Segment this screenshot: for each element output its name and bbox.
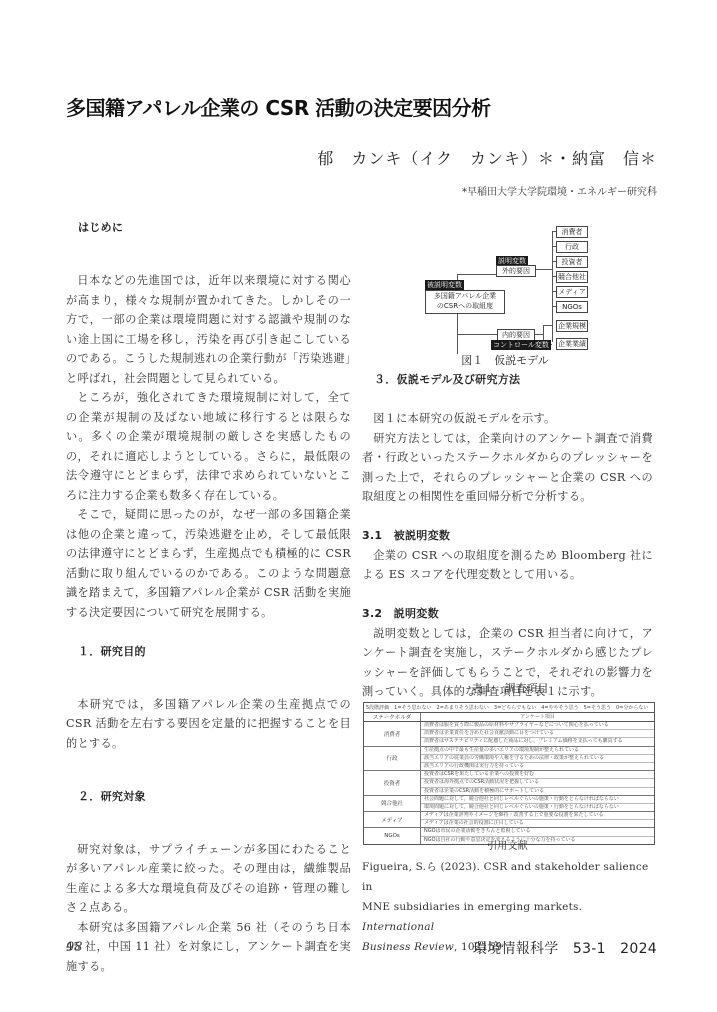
survey-item: 投資者はCSRを果たしている企業への投資を好む (421, 771, 654, 779)
external-factor-box: 外的要因 (496, 265, 536, 277)
section3-paragraph: 図１に本研究の仮説モデルを示す。 (362, 409, 653, 429)
intro-paragraph: ところが，強化されてきた環境規制に対して，全ての企業が規制の及ばない地域に移行す… (66, 388, 351, 505)
section31-heading: 3.1 被説明変数 (362, 526, 653, 546)
stakeholder-cell: 投資者 (364, 771, 421, 795)
survey-item: 該当エリアの行政機関は実行力を持っている (421, 763, 654, 770)
survey-item: 生産拠点の中で最も生産量の多いエリアの環境規制が整えられている (421, 747, 654, 755)
section2-paragraph: 研究対象は，サプライチェーンが多国にわたることが多いアパレル産業に絞った。その理… (66, 840, 351, 918)
reference-text: MNE subsidiaries in emerging markets. (362, 901, 582, 913)
stakeholder-cell: 競合他社 (364, 796, 421, 811)
intro-heading: はじめに (66, 218, 351, 238)
section32-heading: 3.2 説明変数 (362, 604, 653, 624)
references-heading: 引用文献 (362, 837, 653, 857)
table1-caption: 表１ 調査項目 (440, 680, 580, 696)
table-row: メディア メディアは企業評判やイメージを維持・改善する上で重要な役割を果たしてい… (364, 812, 654, 828)
dependent-variable-box: 多国籍アパレル企業 のCSRへの取組度 (425, 290, 505, 314)
right-column: ３．仮説モデル及び研究方法 図１に本研究の仮説モデルを示す。 研究方法としては，… (362, 370, 653, 702)
survey-item: 投資者は企業のCSR活動を積極的にサポートしている (421, 788, 654, 795)
stakeholder-cell: メディア (364, 812, 421, 827)
table-row: 行政 生産拠点の中で最も生産量の多いエリアの環境規制が整えられている 該当エリア… (364, 747, 654, 772)
stakeholder-box-competitors: 競合他社 (556, 271, 588, 283)
survey-item: 該当エリアの従業員の労働環境や人権を守るための法律・政策が整えられている (421, 755, 654, 763)
section3-paragraph: 研究方法としては，企業向けのアンケート調査で消費者・行政といったステークホルダか… (362, 429, 653, 507)
stakeholder-box-media: メディア (556, 286, 588, 298)
internal-box-company-size: 企業規模 (556, 320, 588, 332)
section31-paragraph: 企業の CSR への取組度を測るため Bloomberg 社による ES スコア… (362, 546, 653, 585)
stakeholder-box-investors: 投資者 (556, 256, 588, 268)
stakeholder-box-ngos: NGOs (556, 301, 588, 313)
col-header-items: アンケート項目 (421, 713, 654, 721)
stakeholder-box-government: 行政 (556, 241, 588, 253)
reference-journal: International (362, 921, 434, 933)
table-row: 消費者 消費者は服を買う際に製品の原材料やサプライヤーなどについて関心を払ってい… (364, 722, 654, 747)
stakeholder-cell: 行政 (364, 747, 421, 771)
dependent-text: のCSRへの取組度 (426, 301, 504, 311)
journal-info: 環境情報科学 53-1 2024 (473, 938, 657, 958)
control-variable-label: コントロール変数 (491, 340, 551, 350)
intro-paragraph: 日本などの先進国では，近年以来環境に対する関心が高まり，様々な規制が置かれてきた… (66, 271, 351, 388)
internal-box-company-performance: 企業業績 (556, 338, 588, 350)
survey-item: 投資者は海外拠点でのCSR活動状況を把握している (421, 779, 654, 787)
section2-paragraph: 本研究は多国籍アパレル企業 56 社（そのうち日本 45 社，中国 11 社）を… (66, 918, 351, 977)
survey-item: メディアは企業評判やイメージを維持・改善する上で重要な役割を果たしている (421, 812, 654, 820)
hypothesis-model-diagram: 被説明変数 多国籍アパレル企業 のCSRへの取組度 説明変数 外的要因 内的要因… (415, 225, 595, 350)
section1-heading: １．研究目的 (66, 642, 351, 662)
survey-items-table: 5段階評価 1=そう思わない 2=あまりそう思わない 3=どちらでもない 4=や… (363, 702, 655, 845)
intro-paragraph: そこで，疑問に思ったのが，なぜ一部の多国籍企業は他の企業と違って，汚染逃避を止め… (66, 505, 351, 622)
page-number: 98 (66, 940, 83, 955)
dependent-variable-label: 被説明変数 (425, 280, 464, 290)
survey-item: NGOは市民の企業活動をきちんと監視している (421, 828, 654, 836)
table-scale-note: 5段階評価 1=そう思わない 2=あまりそう思わない 3=どちらでもない 4=や… (364, 703, 654, 713)
authors: 郁 カンキ（イク カンキ）＊・納富 信＊ (317, 146, 657, 169)
dependent-text: 多国籍アパレル企業 (426, 291, 504, 301)
survey-item: メディアは企業の社会的役割に注目している (421, 820, 654, 827)
paper-title: 多国籍アパレル企業の CSR 活動の決定要因分析 (66, 92, 491, 121)
figure1-caption: 図１ 仮説モデル (440, 352, 570, 368)
stakeholder-cell: 消費者 (364, 722, 421, 746)
survey-item: 消費者は企業責任を含めた社会貢献活動に目をつけている (421, 730, 654, 738)
table-row: 競合他社 社会問題に対して，競合他社と同じレベルぐらいの施策・行動をとらなければ… (364, 796, 654, 812)
affiliation: *早稲田大学大学院環境・エネルギー研究科 (462, 183, 657, 198)
section2-heading: ２．研究対象 (66, 787, 351, 807)
survey-item: 消費者は服を買う際に製品の原材料やサプライヤーなどについて関心を払っている (421, 722, 654, 730)
survey-item: 消費者はサステナビリティに配慮した商品に対し，プレミアム価格を支払っても購買する (421, 738, 654, 745)
table-row: 投資者 投資者はCSRを果たしている企業への投資を好む 投資者は海外拠点でのCS… (364, 771, 654, 796)
reference-line: Figueira, S.ら (2023). CSR and stakeholde… (362, 857, 653, 897)
section1-paragraph: 本研究では，多国籍アパレル企業の生産拠点での CSR 活動を左右する要因を定量的… (66, 695, 351, 754)
left-column: はじめに 日本などの先進国では，近年以来環境に対する関心が高まり，様々な規制が置… (66, 218, 351, 976)
table-header-row: ステークホルダ アンケート項目 (364, 713, 654, 722)
section3-heading: ３．仮説モデル及び研究方法 (362, 370, 653, 390)
col-header-stakeholder: ステークホルダ (364, 713, 421, 721)
reference-journal: Business Review (362, 941, 454, 953)
survey-item: 社会問題に対して，競合他社と同じレベルぐらいの施策・行動をとらなければならない (421, 796, 654, 804)
stakeholder-box-consumers: 消費者 (556, 226, 588, 238)
reference-line: MNE subsidiaries in emerging markets. In… (362, 897, 653, 937)
survey-item: 環境問題に対して，競合他社と同じレベルぐらいの施策・行動をとらなければならない (421, 804, 654, 811)
